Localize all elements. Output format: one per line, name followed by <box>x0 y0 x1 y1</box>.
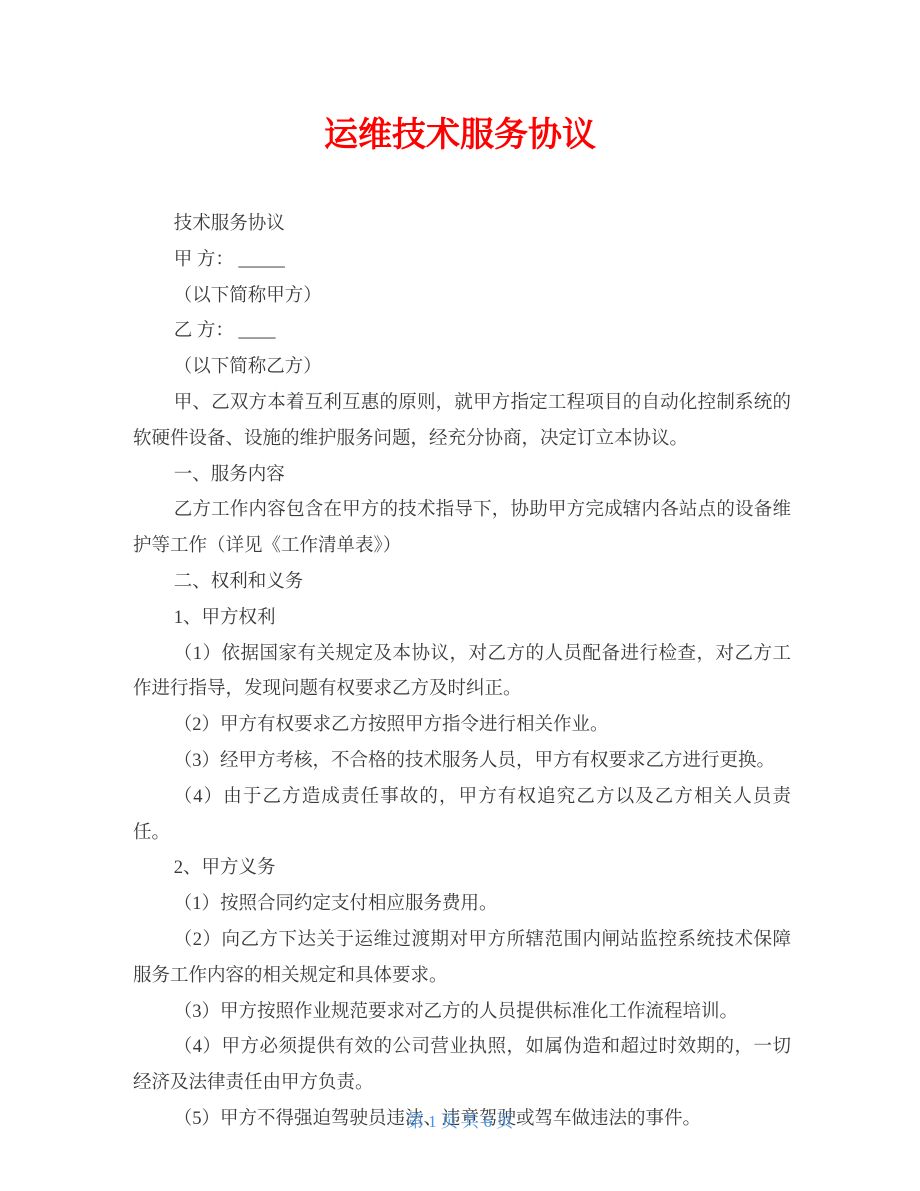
party-b-line: 乙 方： ____ <box>133 314 791 350</box>
section-heading: 二、权利和义务 <box>133 565 791 601</box>
paragraph: （1）依据国家有关规定及本协议，对乙方的人员配备进行检查，对乙方工作进行指导，发… <box>133 637 791 709</box>
party-a-line: 甲 方： _____ <box>133 243 791 279</box>
document-page: 运维技术服务协议 技术服务协议 甲 方： _____ （以下简称甲方） 乙 方：… <box>0 0 920 1191</box>
section-heading: 一、服务内容 <box>133 458 791 494</box>
document-title: 运维技术服务协议 <box>0 113 920 157</box>
paragraph: 乙方工作内容包含在甲方的技术指导下，协助甲方完成辖内各站点的设备维护等工作（详见… <box>133 493 791 565</box>
paragraph: （4）由于乙方造成责任事故的，甲方有权追究乙方以及乙方相关人员责任。 <box>133 780 791 852</box>
paragraph: （4）甲方必须提供有效的公司营业执照，如属伪造和超过时效期的，一切经济及法律责任… <box>133 1030 791 1102</box>
paragraph: （2）甲方有权要求乙方按照甲方指令进行相关作业。 <box>133 708 791 744</box>
document-body: 技术服务协议 甲 方： _____ （以下简称甲方） 乙 方： ____ （以下… <box>133 207 791 1138</box>
paragraph: （1）按照合同约定支付相应服务费用。 <box>133 887 791 923</box>
paragraph: （3）甲方按照作业规范要求对乙方的人员提供标准化工作流程培训。 <box>133 995 791 1031</box>
paragraph: （3）经甲方考核，不合格的技术服务人员，甲方有权要求乙方进行更换。 <box>133 744 791 780</box>
paragraph: 甲、乙双方本着互利互惠的原则，就甲方指定工程项目的自动化控制系统的软硬件设备、设… <box>133 386 791 458</box>
page-footer: 第 1 页 共 6 页 <box>0 1110 920 1134</box>
paragraph: （2）向乙方下达关于运维过渡期对甲方所辖范围内闸站监控系统技术保障服务工作内容的… <box>133 923 791 995</box>
party-b-alias-line: （以下简称乙方） <box>133 350 791 386</box>
subtitle-line: 技术服务协议 <box>133 207 791 243</box>
subsection-heading: 2、甲方义务 <box>133 851 791 887</box>
party-a-alias-line: （以下简称甲方） <box>133 279 791 315</box>
subsection-heading: 1、甲方权利 <box>133 601 791 637</box>
